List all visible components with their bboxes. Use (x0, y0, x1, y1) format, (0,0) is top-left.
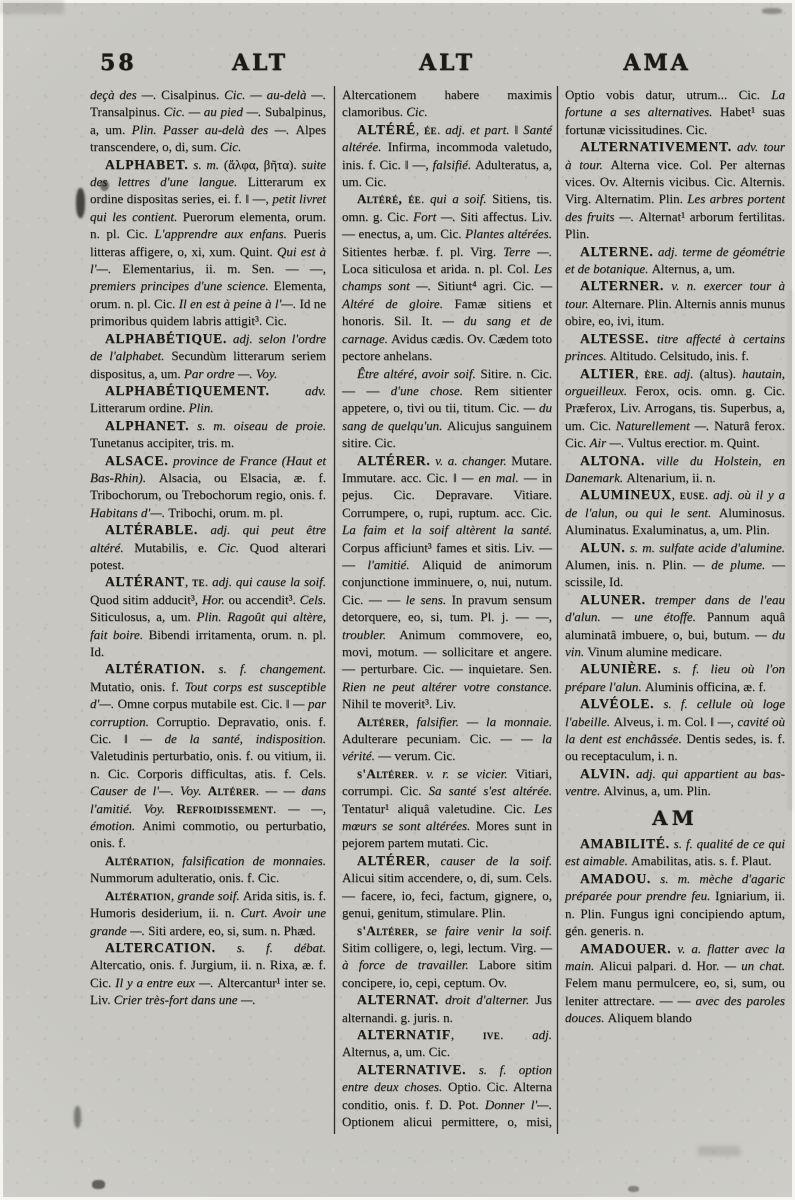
text-segment: le sens. (406, 592, 452, 607)
dictionary-entry: ALTÉRABLE. adj. qui peut être altéré. Mu… (90, 521, 326, 573)
text-segment: Être altéré, avoir soif. (357, 366, 480, 381)
text-segment: Quod sitim adducit³, (90, 592, 202, 607)
text-segment: Elementarius, ii. m. Sen. — —, (122, 261, 326, 276)
columns: deçà des —. Cisalpinus. Cic. — au-delà —… (88, 86, 788, 1134)
text-segment: adj. (532, 1027, 552, 1042)
text-segment: Tentatur¹ aliquâ valetudine. Cic. (342, 801, 534, 816)
entry-headword: ALPHABET. (105, 157, 188, 172)
edge-smudge (788, 290, 793, 810)
text-segment: Nihil te moverit³. Liv. (342, 696, 456, 711)
entry-headword: Altérer (208, 783, 256, 798)
text-segment: Plantes altérées. (465, 226, 552, 241)
entry-headword: AMABILITÉ. (580, 836, 670, 851)
text-segment: La faim et la soif altèrent la santé. (342, 522, 552, 537)
text-segment: . (415, 766, 426, 781)
text-segment: Tunetanus accipiter, tris. m. (90, 435, 234, 450)
running-title-right: AMA (623, 50, 691, 76)
text-segment: Crier très-fort dans une —. (114, 992, 256, 1007)
text-segment: Aluminis officina, æ. f. (645, 679, 766, 694)
dictionary-entry: ALTERCATION. s. f. débat. Altercatio, on… (90, 939, 326, 1009)
text-segment: , se faire venir la soif. (415, 923, 552, 938)
entry-headword: AMADOU. (580, 871, 651, 886)
text-segment: , falsification de monnaies. (171, 853, 326, 868)
text-segment: Alumen, inis. n. Plin. (565, 557, 693, 572)
text-segment: Cic. — au pied —. (164, 104, 265, 119)
entry-headword: ALTÉRER. (357, 453, 430, 468)
text-segment: Tribochi, orum. m. pl. (168, 505, 283, 520)
dictionary-entry: ALTÉRÉ, ée. adj. et part. ‖ Santé altéré… (342, 121, 552, 191)
text-segment: Plin. Passer au-delà des —. (132, 122, 296, 137)
dictionary-entry: ALPHABÉTIQUE. adj. selon l'ordre de l'al… (90, 330, 326, 382)
ink-mark (76, 188, 85, 218)
entry-headword: ALTERNATIVEMENT. (580, 139, 732, 154)
dictionary-entry: ALTERNE. adj. terme de géométrie et de b… (565, 243, 785, 278)
text-segment: Hor. (202, 592, 229, 607)
entry-headword: Altéré, ée (357, 191, 421, 206)
text-segment: Air —. (590, 435, 628, 450)
text-segment: Nummorum adulteratio, onis. f. Cic. (90, 870, 279, 885)
entry-headword: ALTERNER. (580, 278, 664, 293)
text-segment: falsifié. (433, 157, 476, 172)
text-segment: Sa santé s'est altérée. (429, 783, 553, 798)
dictionary-entry: ALTERNATIVE. s. f. option entre deux cho… (342, 1061, 552, 1134)
entry-headword: ALTÉRER (357, 853, 426, 868)
entry-headword: Refroidissement (176, 801, 273, 816)
text-segment: Amabilitas, atis. s. f. Plaut. (631, 853, 771, 868)
ink-mark (628, 1186, 639, 1192)
text-segment: Plin. (189, 400, 214, 415)
page-content: 58 ALT ALT AMA deçà des —. Cisalpinus. C… (88, 50, 788, 1134)
entry-headword: Altérer (357, 714, 405, 729)
dictionary-entry: s'Altérer. v. r. se vicier. Vitiari, cor… (342, 765, 552, 852)
text-segment: Sitim colligere, o, legi, lectum. Virg. (342, 940, 540, 955)
dictionary-entry: Altéré, ée. qui a soif. Sitiens, tis. om… (342, 190, 552, 364)
text-column: Altercationem habere maximis clamoribus.… (335, 86, 557, 1134)
dictionary-entry: ALTIER, ère. adj. (altus). hautain, orgu… (565, 365, 785, 452)
entry-headword: ALPHABÉTIQUEMENT. (105, 383, 270, 398)
entry-headword: ère (644, 366, 664, 381)
text-segment: , (672, 487, 680, 502)
text-segment: Fort —. (413, 209, 460, 224)
text-segment: Alvinus, a, um. Plin. (604, 783, 711, 798)
text-segment: , (451, 1027, 483, 1042)
dictionary-entry: deçà des —. Cisalpinus. Cic. — au-delà —… (90, 86, 326, 156)
text-segment: s. f. changement. (205, 661, 326, 676)
text-segment: causer de la soif. (440, 853, 552, 868)
text-segment: , falsifier. — la monnaie. (405, 714, 552, 729)
dictionary-entry: Optio vobis datur, utrum... Cic. La fort… (565, 86, 785, 138)
text-segment: (ἄλφα, βῆτα). (224, 157, 302, 172)
entry-headword: s'Altérer (357, 766, 415, 781)
entry-headword: ALTERNATIVE. (357, 1062, 466, 1077)
entry-headword: ALPHABÉTIQUE. (105, 331, 227, 346)
entry-headword: ALTÉRATION. (105, 661, 205, 676)
dictionary-entry: ALUNIÈRE. s. f. lieu où l'on prépare l'a… (565, 660, 785, 695)
page-number: 58 (100, 50, 137, 76)
text-segment: Il en est à peine à l'—. (179, 296, 300, 311)
dictionary-entry: ALTÉRER. v. a. changer. Mutare. Immutare… (342, 452, 552, 713)
dictionary-entry: ALPHANET. s. m. oiseau de proie. Tunetan… (90, 417, 326, 452)
text-segment: Altenarium, ii. n. (626, 470, 715, 485)
text-segment: Cic. — au-delà —. (224, 87, 326, 102)
dictionary-entry: ALSACE. province de France (Haut et Bas-… (90, 452, 326, 522)
text-segment: qui a soif. (430, 191, 492, 206)
dictionary-entry: ALUN. s. m. sulfate acide d'alumine. Alu… (565, 539, 785, 591)
entry-headword: ALTERNATIF (357, 1027, 451, 1042)
text-segment: premiers principes d'une science. (90, 278, 274, 293)
dictionary-entry: ALTÉRATION. s. f. changement. Mutatio, o… (90, 660, 326, 851)
running-title-left: ALT (232, 50, 288, 76)
text-segment: d'une chose. (391, 383, 475, 398)
text-segment: . (500, 1027, 532, 1042)
text-segment: Naturellement —. (616, 418, 714, 433)
text-segment: s. m. (188, 157, 223, 172)
entry-headword: ALTONA. (580, 453, 645, 468)
text-segment: adj. qui cause la soif. (212, 574, 326, 589)
text-segment: Mutatio, onis. f. (90, 679, 185, 694)
ink-mark (74, 1106, 81, 1128)
text-segment: Donner l'—. (485, 1097, 552, 1112)
text-segment: Habitans d'—. (90, 505, 168, 520)
text-segment: Alveus, i. m. Col. ‖ —, (614, 714, 738, 729)
text-segment: Altercationem habere maximis clamoribus. (342, 87, 552, 119)
text-segment: — en mal. (462, 470, 524, 485)
text-column: Optio vobis datur, utrum... Cic. La fort… (558, 86, 787, 1134)
text-segment: . (421, 191, 430, 206)
entry-headword: s'Altérer (357, 923, 415, 938)
text-segment: adv. (270, 383, 326, 398)
dictionary-entry: Altération, falsification de monnaies. N… (90, 852, 326, 887)
dictionary-entry: ALTESSE. titre affecté à certains prince… (565, 330, 785, 365)
text-segment: Causer de l'—. Voy. (90, 783, 208, 798)
dictionary-entry: Altercationem habere maximis clamoribus.… (342, 86, 552, 121)
entry-headword: ALTERCATION. (105, 940, 216, 955)
text-segment: , (185, 574, 192, 589)
ink-mark (762, 8, 782, 14)
entry-headword: ALSACE. (105, 453, 168, 468)
section-heading: AM (565, 810, 785, 827)
text-segment: Alternus, a, um. Cic. (342, 1044, 450, 1059)
entry-headword: Altération (105, 888, 171, 903)
text-segment: s. m. sulfate acide d'alumine. (625, 540, 785, 555)
text-segment: v. r. se vicier. (426, 766, 515, 781)
entry-headword: ée (424, 122, 437, 137)
running-title-center: ALT (419, 50, 475, 76)
entry-headword: ALTESSE. (580, 331, 649, 346)
text-segment: Cels. (300, 592, 326, 607)
text-segment: Siti ardere, eo, si, sum. n. Phæd. (148, 923, 316, 938)
text-segment: Rien ne peut altérer votre constance. (342, 679, 552, 694)
dictionary-entry: ALPHABET. s. m. (ἄλφα, βῆτα). suite des … (90, 156, 326, 330)
text-segment: Mutabilis, e. (134, 540, 217, 555)
entry-headword: ALUN. (580, 540, 625, 555)
dictionary-entry: s'Altérer, se faire venir la soif. Sitim… (342, 922, 552, 992)
text-segment: (altus). (699, 366, 742, 381)
text-segment: Aliquem blando (608, 1010, 692, 1025)
text-segment: Alternare. Plin. Alternis annis munus ob… (565, 296, 785, 328)
entry-headword: ALTÉRABLE. (105, 522, 198, 537)
ink-mark (92, 1180, 105, 1189)
dictionary-entry: ALTERNATIF, ive. adj. Alternus, a, um. C… (342, 1026, 552, 1061)
text-segment: Omne corpus mutabile est. Cic. ‖ (118, 696, 293, 711)
text-segment: Litterarum ordine. (90, 400, 189, 415)
entry-headword: ALTÉRÉ (357, 122, 416, 137)
dictionary-entry: ALVÉOLE. s. f. cellule où loge l'abeille… (565, 695, 785, 765)
text-segment: . (705, 487, 713, 502)
text-segment: Alicui palpari. d. Hor. (599, 958, 724, 973)
text-column: deçà des —. Cisalpinus. Cic. — au-delà —… (88, 86, 334, 1134)
entry-headword: ALUNIÈRE. (580, 661, 661, 676)
text-segment: — de la santé, indisposition. (140, 731, 326, 746)
dictionary-entry: AMADOUER. v. a. flatter avec la main. Al… (565, 940, 785, 1027)
text-segment: Adulterare pecuniam. Cic. (342, 731, 500, 746)
entry-headword: Altération (105, 853, 171, 868)
edge-smudge (0, 0, 64, 14)
text-segment: adj. (673, 366, 699, 381)
text-segment: — de plume. (693, 557, 772, 572)
edge-smudge (698, 1146, 740, 1156)
text-segment: v. a. changer. (430, 453, 511, 468)
text-segment: Cisalpinus. (161, 87, 224, 102)
dictionary-entry: ALTONA. ville du Holstein, en Danemark. … (565, 452, 785, 487)
text-segment: Cic. (406, 104, 427, 119)
text-segment: l'amitié. (367, 557, 422, 572)
dictionary-entry: AMABILITÉ. s. f. qualité de ce qui est a… (565, 835, 785, 870)
text-segment: deçà des —. (90, 87, 161, 102)
text-segment: Loca siticulosa et arida. n. pl. Col. (342, 261, 534, 276)
text-segment: Terre —. (503, 244, 552, 259)
text-segment: Alternus, a, um. (652, 261, 735, 276)
dictionary-entry: Altération, grande soif. Arida sitis, is… (90, 887, 326, 939)
entry-headword: AMADOUER. (580, 941, 671, 956)
text-segment: Il y a entre eux —. (115, 975, 217, 990)
dictionary-entry: ALUMINEUX, euse. adj. où il y a de l'alu… (565, 486, 785, 538)
scan-page: 58 ALT ALT AMA deçà des —. Cisalpinus. C… (0, 0, 795, 1200)
entry-headword: ALVÉOLE. (580, 696, 654, 711)
dictionary-entry: ALVIN. adj. qui appartient au bas-ventre… (565, 765, 785, 800)
dictionary-entry: ALPHABÉTIQUEMENT. adv. Litterarum ordine… (90, 382, 326, 417)
text-segment: Par ordre —. Voy. (184, 366, 277, 381)
text-segment: Cic. (220, 139, 241, 154)
text-segment: Sitientes herbæ. f. pl. Virg. (342, 244, 503, 259)
text-segment: troubler. (342, 627, 399, 642)
text-segment: Alicui sitim accendere, o, di, sum. Cels… (342, 870, 552, 920)
dictionary-entry: ALTÉRANT, te. adj. qui cause la soif. Qu… (90, 573, 326, 660)
dictionary-entry: AMADOU. s. m. mèche d'agaric préparée po… (565, 870, 785, 940)
page-header: 58 ALT ALT AMA (88, 50, 788, 86)
text-segment: , (426, 853, 440, 868)
entry-headword: euse (680, 487, 705, 502)
entry-headword: ALUMINEUX (580, 487, 672, 502)
entry-headword: ALVIN. (580, 766, 630, 781)
text-segment: Altitudo. Celsitudo, inis. f. (610, 348, 749, 363)
entry-headword: ALPHANET. (105, 418, 189, 433)
dictionary-entry: Être altéré, avoir soif. Sitire. n. Cic.… (342, 365, 552, 452)
text-segment: Cic. (218, 540, 250, 555)
dictionary-entry: ALTERNAT. droit d'alterner. Jus alternan… (342, 991, 552, 1026)
dictionary-entry: ALTERNER. v. n. exercer tour à tour. Alt… (565, 277, 785, 329)
text-segment: — un chat. (724, 958, 785, 973)
dictionary-entry: ALTERNATIVEMENT. adv. tour à tour. Alter… (565, 138, 785, 242)
text-segment: Optio vobis datur, utrum... Cic. (565, 87, 771, 102)
text-segment: ou accendit³. (228, 592, 299, 607)
entry-headword: ALTERNAT. (357, 992, 439, 1007)
entry-headword: ALTERNE. (580, 244, 653, 259)
entry-headword: ALUNER. (580, 592, 646, 607)
text-segment: , grande soif. (171, 888, 243, 903)
text-segment: Valetudinis perturbatio, onis. f. ou vit… (90, 748, 326, 780)
entry-headword: ALTÉRANT (105, 574, 185, 589)
text-segment: — verum. Cic. (378, 748, 455, 763)
text-segment: , (416, 122, 424, 137)
text-segment: Transalpinus. (90, 104, 164, 119)
dictionary-entry: ALUNER. tremper dans de l'eau d'alun. — … (565, 591, 785, 661)
text-segment: s. f. débat. (216, 940, 326, 955)
dictionary-entry: ALTÉRER, causer de la soif. Alicui sitim… (342, 852, 552, 922)
entry-headword: ALTIER (580, 366, 635, 381)
text-segment: . (437, 122, 445, 137)
entry-headword: te (192, 574, 205, 589)
entry-headword: ive (483, 1027, 500, 1042)
text-segment: . (205, 574, 212, 589)
text-segment: Vultus erectior. m. Quint. (627, 435, 759, 450)
text-segment: s. m. oiseau de proie. (189, 418, 326, 433)
text-segment: Vinum alumine medicare. (587, 644, 722, 659)
dictionary-entry: Altérer, falsifier. — la monnaie. Adulte… (342, 713, 552, 765)
text-segment: L'apprendre aux enfans. (154, 226, 293, 241)
text-segment: droit d'alterner. (439, 992, 535, 1007)
text-segment: Sitiunt⁴ agri. Cic. (437, 278, 540, 293)
text-segment: Siticulosus, a, um. (90, 609, 197, 624)
